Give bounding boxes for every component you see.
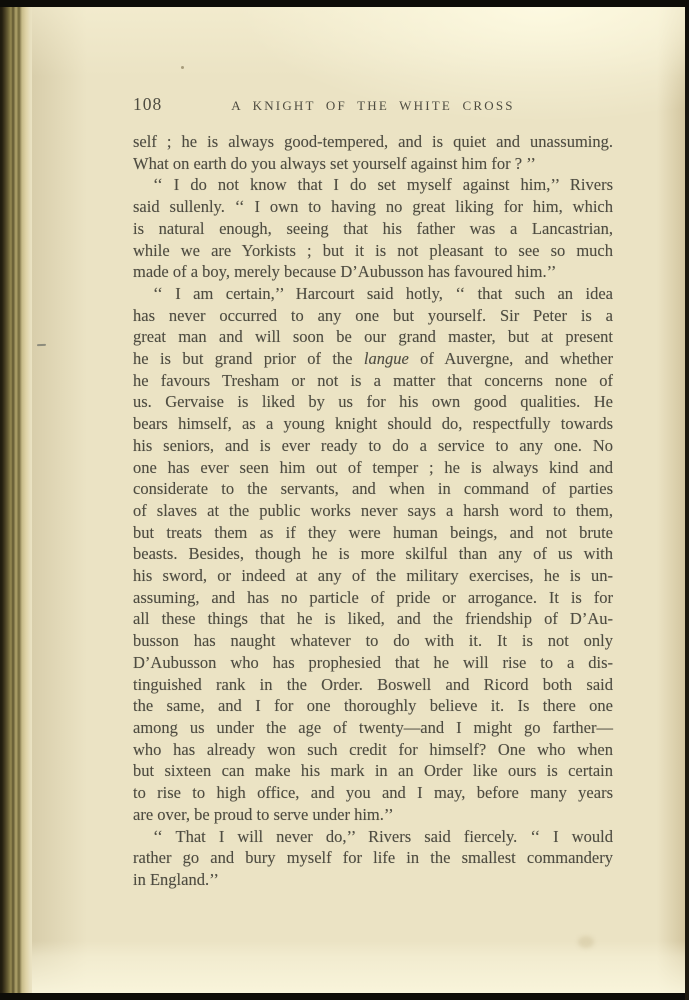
page-header: 108 A KNIGHT OF THE WHITE CROSS [133,91,613,117]
text-line: ‘‘ That I will never do,’’ Rivers said f… [133,826,613,848]
text-line: made of a boy, merely because D’Aubusson… [133,261,613,283]
text-line: all these things that he is liked, and t… [133,608,613,630]
text-segment: he is but grand prior of the [133,349,364,368]
book-binding-gutter [0,0,32,1000]
text-line: has never occurred to any one but yourse… [133,305,613,327]
paragraph: ‘‘ That I will never do,’’ Rivers said f… [133,826,613,891]
book-scan-photo: 108 A KNIGHT OF THE WHITE CROSS self ; h… [0,0,689,1000]
text-line: bears himself, as a young knight should … [133,413,613,435]
text-line: his seniors, and is ever ready to do a s… [133,435,613,457]
text-line: D’Aubusson who has prophesied that he wi… [133,652,613,674]
paper-speck [181,66,184,69]
text-line: great man and will soon be our grand mas… [133,326,613,348]
text-line: tinguished rank in the Order. Boswell an… [133,674,613,696]
paper-smudge [578,936,594,948]
text-line: assuming, and has no particle of pride o… [133,587,613,609]
text-line: considerate to the servants, and when in… [133,478,613,500]
photo-edge-top [0,0,689,7]
text-line: of slaves at the public works never says… [133,500,613,522]
text-line: ‘‘ I do not know that I do set myself ag… [133,174,613,196]
running-title: A KNIGHT OF THE WHITE CROSS [133,98,613,114]
text-line: he favours Tresham or not is a matter th… [133,370,613,392]
text-line: are over, be proud to serve under him.’’ [133,804,613,826]
text-line: who has already won such credit for hims… [133,739,613,761]
text-line: to rise to high office, and you and I ma… [133,782,613,804]
photo-edge-right [685,0,689,1000]
text-line: busson has naught whatever to do with it… [133,630,613,652]
text-line: the same, and I for one thoroughly belie… [133,695,613,717]
text-line: his sword, or indeed at any of the milit… [133,565,613,587]
text-line: said sullenly. ‘‘ I own to having no gre… [133,196,613,218]
text-line: What on earth do you always set yourself… [133,153,613,175]
text-line: in England.’’ [133,869,613,891]
paragraph: self ; he is always good-tempered, and i… [133,131,613,174]
body-text: self ; he is always good-tempered, and i… [133,131,613,891]
paragraph: ‘‘ I do not know that I do set myself ag… [133,174,613,283]
italic-text: langue [364,349,409,368]
book-page: 108 A KNIGHT OF THE WHITE CROSS self ; h… [32,7,685,993]
text-line: rather go and bury myself for life in th… [133,847,613,869]
text-line: but treats them as if they were human be… [133,522,613,544]
text-line: he is but grand prior of the langue of A… [133,348,613,370]
photo-edge-bottom [0,993,689,1000]
text-line: one has ever seen him out of temper ; he… [133,457,613,479]
text-line: us. Gervaise is liked by us for his own … [133,391,613,413]
text-line: beasts. Besides, though he is more skilf… [133,543,613,565]
paragraph: ‘‘ I am certain,’’ Harcourt said hotly, … [133,283,613,826]
text-line: ‘‘ I am certain,’’ Harcourt said hotly, … [133,283,613,305]
text-line: among us under the age of twenty—and I m… [133,717,613,739]
text-line: is natural enough, seeing that his fathe… [133,218,613,240]
text-line: but sixteen can make his mark in an Orde… [133,760,613,782]
text-segment: of Auvergne, and whether [409,349,613,368]
text-line: self ; he is always good-tempered, and i… [133,131,613,153]
text-line: while we are Yorkists ; but it is not pl… [133,240,613,262]
